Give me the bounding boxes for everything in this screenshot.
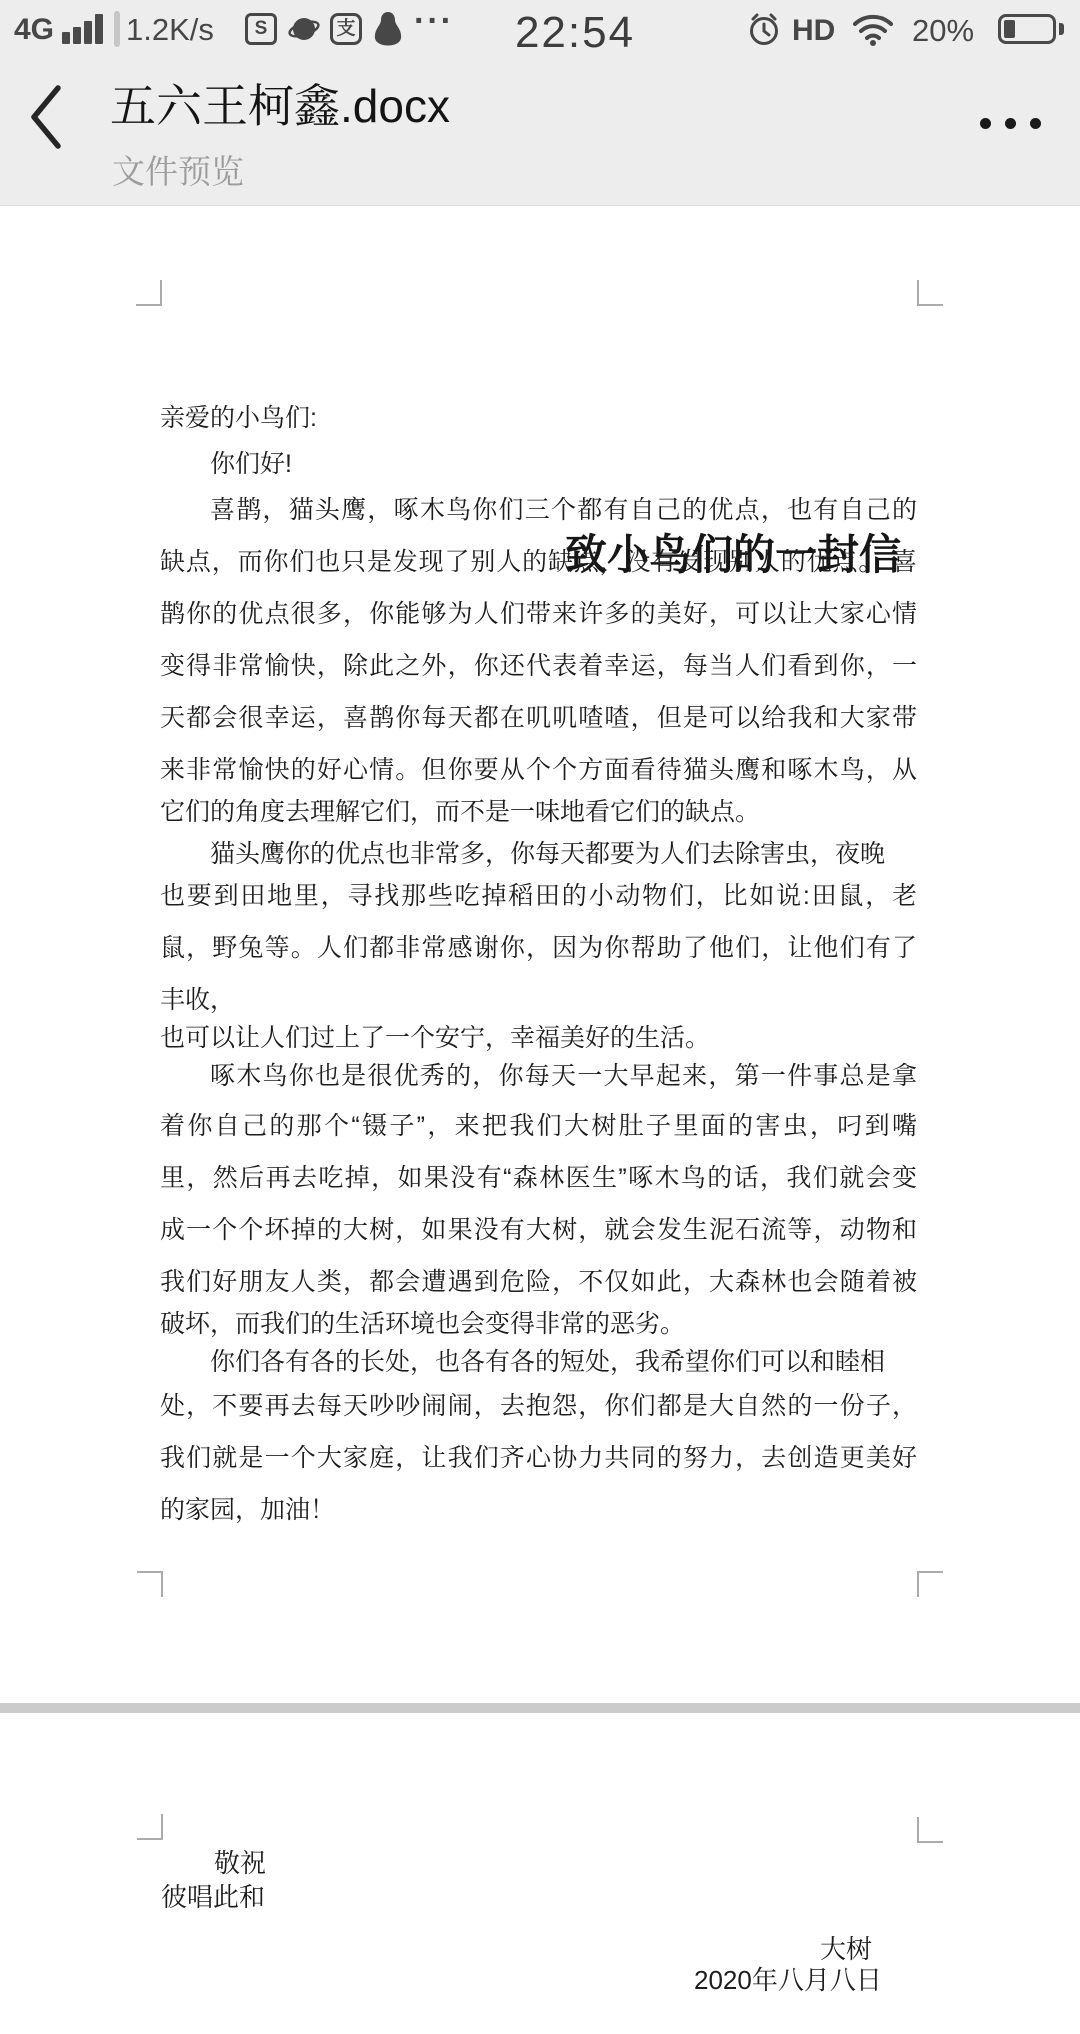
doc-line: 啄木鸟你也是很优秀的，你每天一大早起来，第一件事总是拿 [160,1058,917,1094]
battery-percent-label: 20% [912,14,974,48]
signature-name: 大树 [820,1932,872,1966]
doc-line: 它们的角度去理解它们，而不是一味地看它们的缺点。 [160,794,917,830]
more-notifications-icon: ··· [414,4,454,38]
document-preview-area[interactable]: 致小鸟们的一封信 亲爱的小鸟们:你们好!喜鹊，猫头鹰，啄木鸟你们三个都有自己的优… [0,206,1080,2034]
doc-line: 猫头鹰你的优点也非常多，你每天都要为人们去除害虫，夜晚 [160,836,917,872]
file-preview-subtitle: 文件预览 [112,146,244,193]
wifi-icon [852,13,884,45]
signal-strength-icon [62,14,114,44]
doc-line: 成一个个坏掉的大树，如果没有大树，就会发生泥石流等，动物和 [160,1212,917,1248]
signature-date: 2020年八月八日 [694,1963,882,1997]
closing-salutation-line1: 敬祝 [214,1846,266,1880]
signal-divider [114,11,120,47]
page1-top-right-crop-mark [917,280,943,306]
battery-nub [1059,23,1064,35]
battery-icon [998,14,1056,44]
doc-line: 里，然后再去吃掉，如果没有“森林医生”啄木鸟的话，我们就会变 [160,1160,917,1196]
screenshot-app-notification-icon: S [245,13,277,45]
file-title: 五六王柯鑫.docx [110,70,450,136]
menu-dot [1030,118,1041,129]
doc-line: 丰收， [160,982,917,1018]
page2-top-right-crop-mark [917,1817,943,1843]
hd-voice-label: HD [792,14,835,48]
doc-line: 着你自己的那个“镊子”，来把我们大树肚子里面的害虫，叼到嘴 [160,1108,917,1144]
doc-line: 来非常愉快的好心情。但你要从个个方面看待猫头鹰和啄木鸟，从 [160,752,917,788]
doc-line: 破坏，而我们的生活环境也会变得非常的恶劣。 [160,1306,917,1342]
doc-line: 喜鹊，猫头鹰，啄木鸟你们三个都有自己的优点，也有自己的 [160,492,917,528]
network-type-label: 4G [14,13,54,47]
status-clock: 22:54 [470,8,680,58]
alarm-clock-icon [746,11,778,43]
doc-line: 处，不要再去每天吵吵闹闹，去抱怨，你们都是大自然的一份子， [160,1388,917,1424]
more-options-button[interactable] [962,100,1052,146]
doc-line: 你们好! [160,446,917,482]
doc-line: 也可以让人们过上了一个安宁，幸福美好的生活。 [160,1020,917,1056]
doc-line: 鼠，野兔等。人们都非常感谢你，因为你帮助了他们，让他们有了 [160,930,917,966]
page1-bottom-right-crop-mark [917,1571,943,1597]
closing-salutation-line2: 彼唱此和 [161,1880,265,1914]
doc-line: 我们就是一个大家庭，让我们齐心协力共同的努力，去创造更美好 [160,1440,917,1476]
browser-planet-notification-icon [288,13,320,45]
doc-line: 的家园，加油！ [160,1492,917,1528]
doc-line: 变得非常愉快，除此之外，你还代表着幸运，每当人们看到你，一 [160,648,917,684]
doc-line: 也要到田地里，寻找那些吃掉稻田的小动物们，比如说:田鼠，老 [160,878,917,914]
page1-top-left-crop-mark [136,280,162,306]
menu-dot [980,118,991,129]
page-break-divider [0,1703,1080,1713]
doc-line: 亲爱的小鸟们: [160,400,917,436]
doc-line: 鹊你的优点很多，你能够为人们带来许多的美好，可以让大家心情 [160,596,917,632]
back-button[interactable] [24,80,84,160]
top-chrome: 4G 1.2K/s S 支 ··· 22:54 [0,0,1080,206]
page1-bottom-left-crop-mark [137,1571,163,1597]
qq-penguin-notification-icon [372,11,404,43]
alipay-notification-icon: 支 [330,13,362,45]
doc-line: 我们好朋友人类，都会遭遇到危险，不仅如此，大森林也会随着被 [160,1264,917,1300]
doc-line: 你们各有各的长处，也各有各的短处，我希望你们可以和睦相 [160,1344,917,1380]
doc-line: 天都会很幸运，喜鹊你每天都在叽叽喳喳，但是可以给我和大家带 [160,700,917,736]
doc-line: 缺点，而你们也只是发现了别人的缺点，没有发现别人的优点。 喜 [160,544,917,580]
network-speed-label: 1.2K/s [126,13,214,47]
page2-top-left-crop-mark [137,1814,163,1840]
screen: 4G 1.2K/s S 支 ··· 22:54 [0,0,1080,2034]
menu-dot [1005,118,1016,129]
